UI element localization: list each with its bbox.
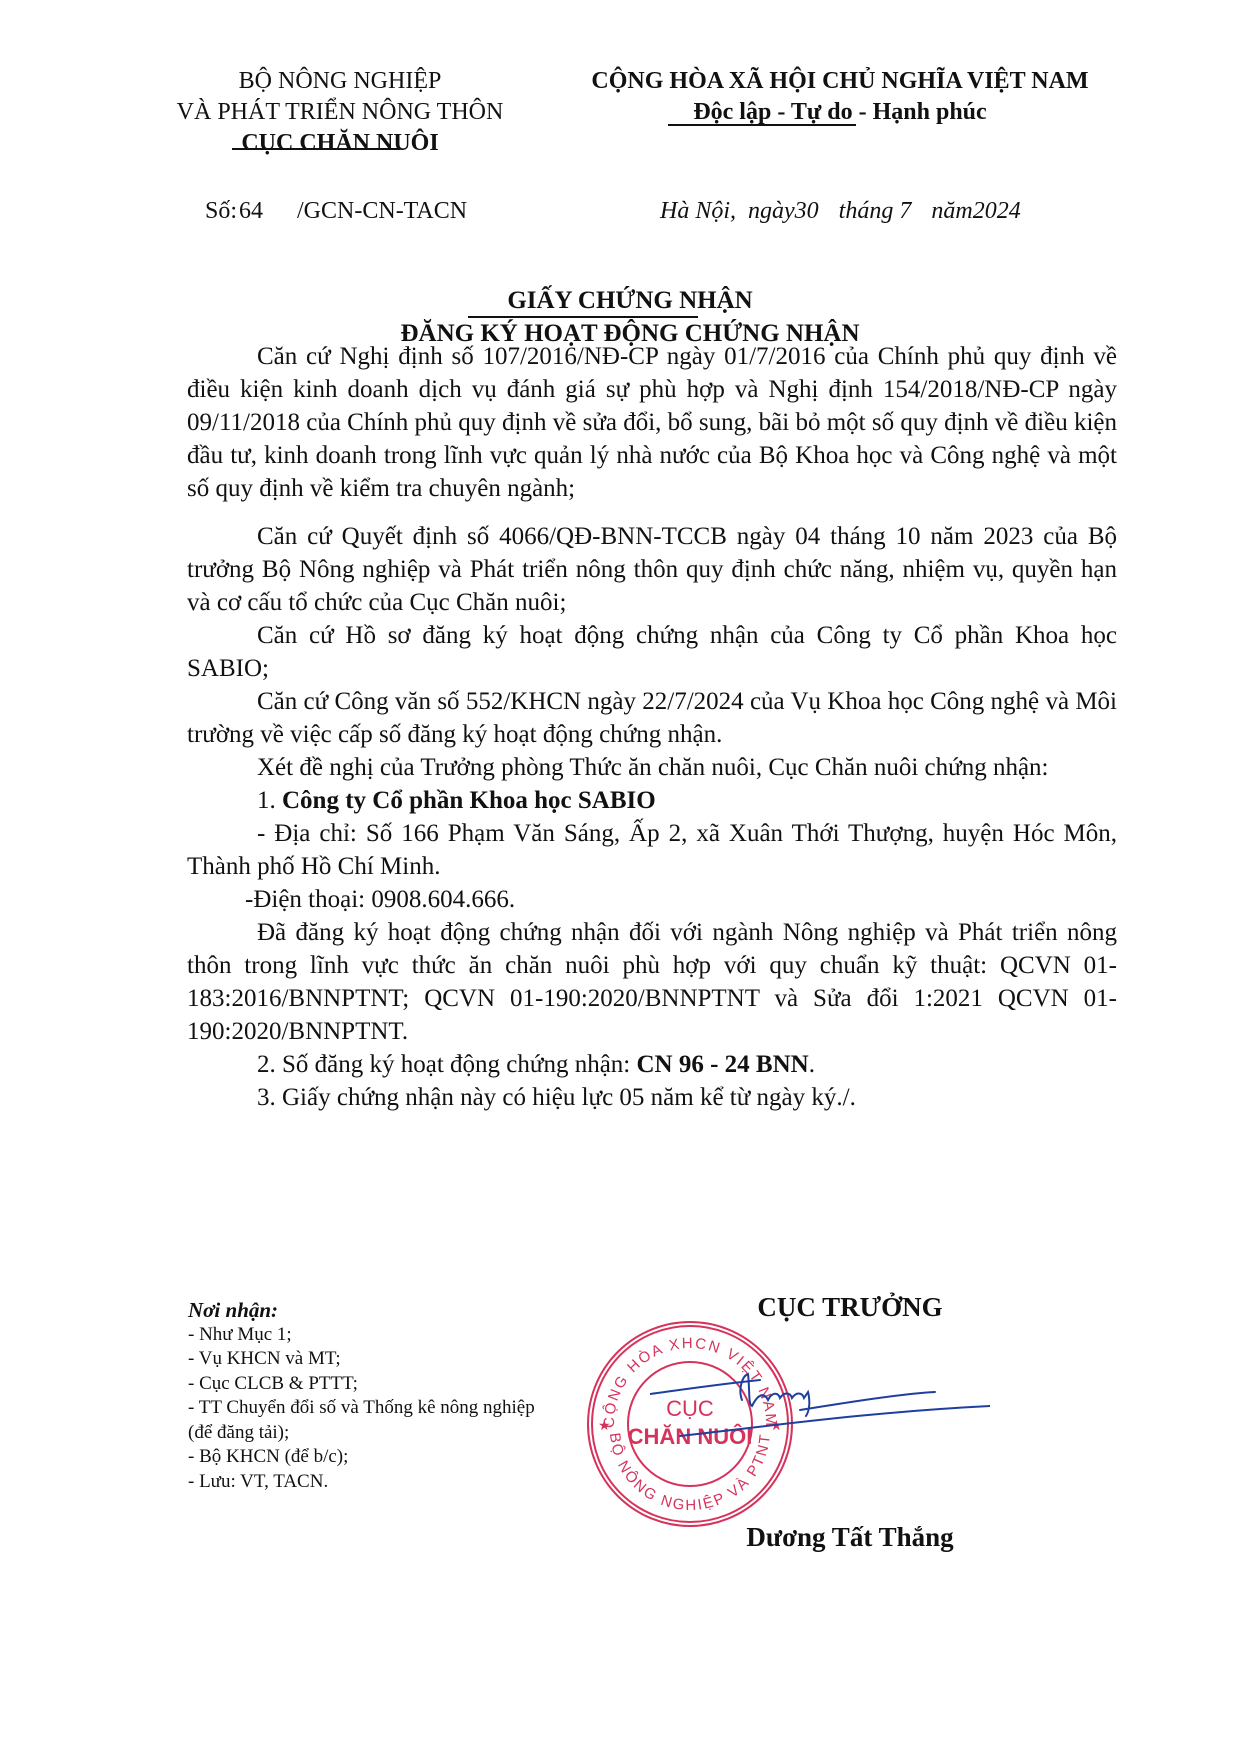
recipient-item: - TT Chuyển đổi số và Thống kê nông nghi… (188, 1396, 548, 1445)
doc-number-value: 64 (239, 198, 263, 225)
motto-underline (668, 124, 856, 126)
doc-number-suffix: /GCN-CN-TACN (297, 198, 467, 225)
department-name: CỤC CHĂN NUÔI (150, 128, 530, 159)
ministry-line-1: BỘ NÔNG NGHIỆP (150, 66, 530, 97)
national-title: CỘNG HÒA XÃ HỘI CHỦ NGHĨA VIỆT NAM (570, 66, 1110, 97)
recipient-item: - Vụ KHCN và MT; (188, 1347, 548, 1372)
date-month: 7 (899, 198, 911, 224)
handwritten-signature (650, 1370, 990, 1450)
title-line-1: GIẤY CHỨNG NHẬN (150, 284, 1110, 317)
date-year: 2024 (973, 198, 1021, 224)
recipients-list: Nơi nhận: - Như Mục 1; - Vụ KHCN và MT; … (188, 1298, 548, 1494)
signatory-name: Dương Tất Thắng (700, 1522, 1000, 1553)
company-name: Công ty Cổ phần Khoa học SABIO (282, 787, 656, 814)
item-2-label: 2. Số đăng ký hoạt động chứng nhận: (257, 1051, 636, 1078)
paragraph: Căn cứ Công văn số 552/KHCN ngày 22/7/20… (187, 685, 1117, 751)
national-heading: CỘNG HÒA XÃ HỘI CHỦ NGHĨA VIỆT NAM Độc l… (570, 66, 1110, 128)
item-1-number: 1. (257, 787, 276, 814)
paragraph: Xét đề nghị của Trưởng phòng Thức ăn chă… (187, 751, 1117, 784)
company-phone: -Điện thoại: 0908.604.666. (187, 883, 1117, 916)
date-day-label: ngày (748, 198, 795, 224)
item-1: 1. Công ty Cổ phần Khoa học SABIO (187, 784, 1117, 817)
svg-text:★: ★ (598, 1418, 611, 1434)
recipients-heading: Nơi nhận: (188, 1298, 548, 1323)
issue-date: Hà Nội, ngày30 tháng 7 năm2024 (660, 198, 1021, 225)
paragraph: Căn cứ Nghị định số 107/2016/NĐ-CP ngày … (187, 340, 1117, 505)
item-3: 3. Giấy chứng nhận này có hiệu lực 05 nă… (187, 1081, 1117, 1114)
recipient-item: - Như Mục 1; (188, 1323, 548, 1348)
registration-code: CN 96 - 24 BNN (636, 1051, 808, 1078)
department-underline (232, 148, 400, 150)
company-address: - Địa chỉ: Số 166 Phạm Văn Sáng, Ấp 2, x… (187, 817, 1117, 883)
legal-basis-1: Căn cứ Nghị định số 107/2016/NĐ-CP ngày … (187, 340, 1117, 505)
doc-number-prefix: Số: (205, 198, 237, 225)
date-month-label: tháng (839, 198, 894, 224)
title-underline (468, 316, 698, 318)
date-place: Hà Nội, (660, 198, 736, 224)
recipient-item: - Cục CLCB & PTTT; (188, 1372, 548, 1397)
scope-paragraph: Đã đăng ký hoạt động chứng nhận đối với … (187, 916, 1117, 1048)
recipient-item: - Lưu: VT, TACN. (188, 1470, 548, 1495)
paragraph: Căn cứ Quyết định số 4066/QĐ-BNN-TCCB ng… (187, 520, 1117, 619)
item-2: 2. Số đăng ký hoạt động chứng nhận: CN 9… (187, 1048, 1117, 1081)
date-year-label: năm (931, 198, 972, 224)
paragraph: Căn cứ Hồ sơ đăng ký hoạt động chứng nhậ… (187, 619, 1117, 685)
issuing-authority: BỘ NÔNG NGHIỆP VÀ PHÁT TRIỂN NÔNG THÔN C… (150, 66, 530, 159)
ministry-line-2: VÀ PHÁT TRIỂN NÔNG THÔN (150, 97, 530, 128)
item-2-end: . (809, 1051, 815, 1078)
recipient-item: - Bộ KHCN (để b/c); (188, 1445, 548, 1470)
date-day: 30 (795, 198, 819, 224)
document-number: Số:64/GCN-CN-TACN (205, 198, 467, 225)
legal-basis-block: Căn cứ Quyết định số 4066/QĐ-BNN-TCCB ng… (187, 520, 1117, 1114)
